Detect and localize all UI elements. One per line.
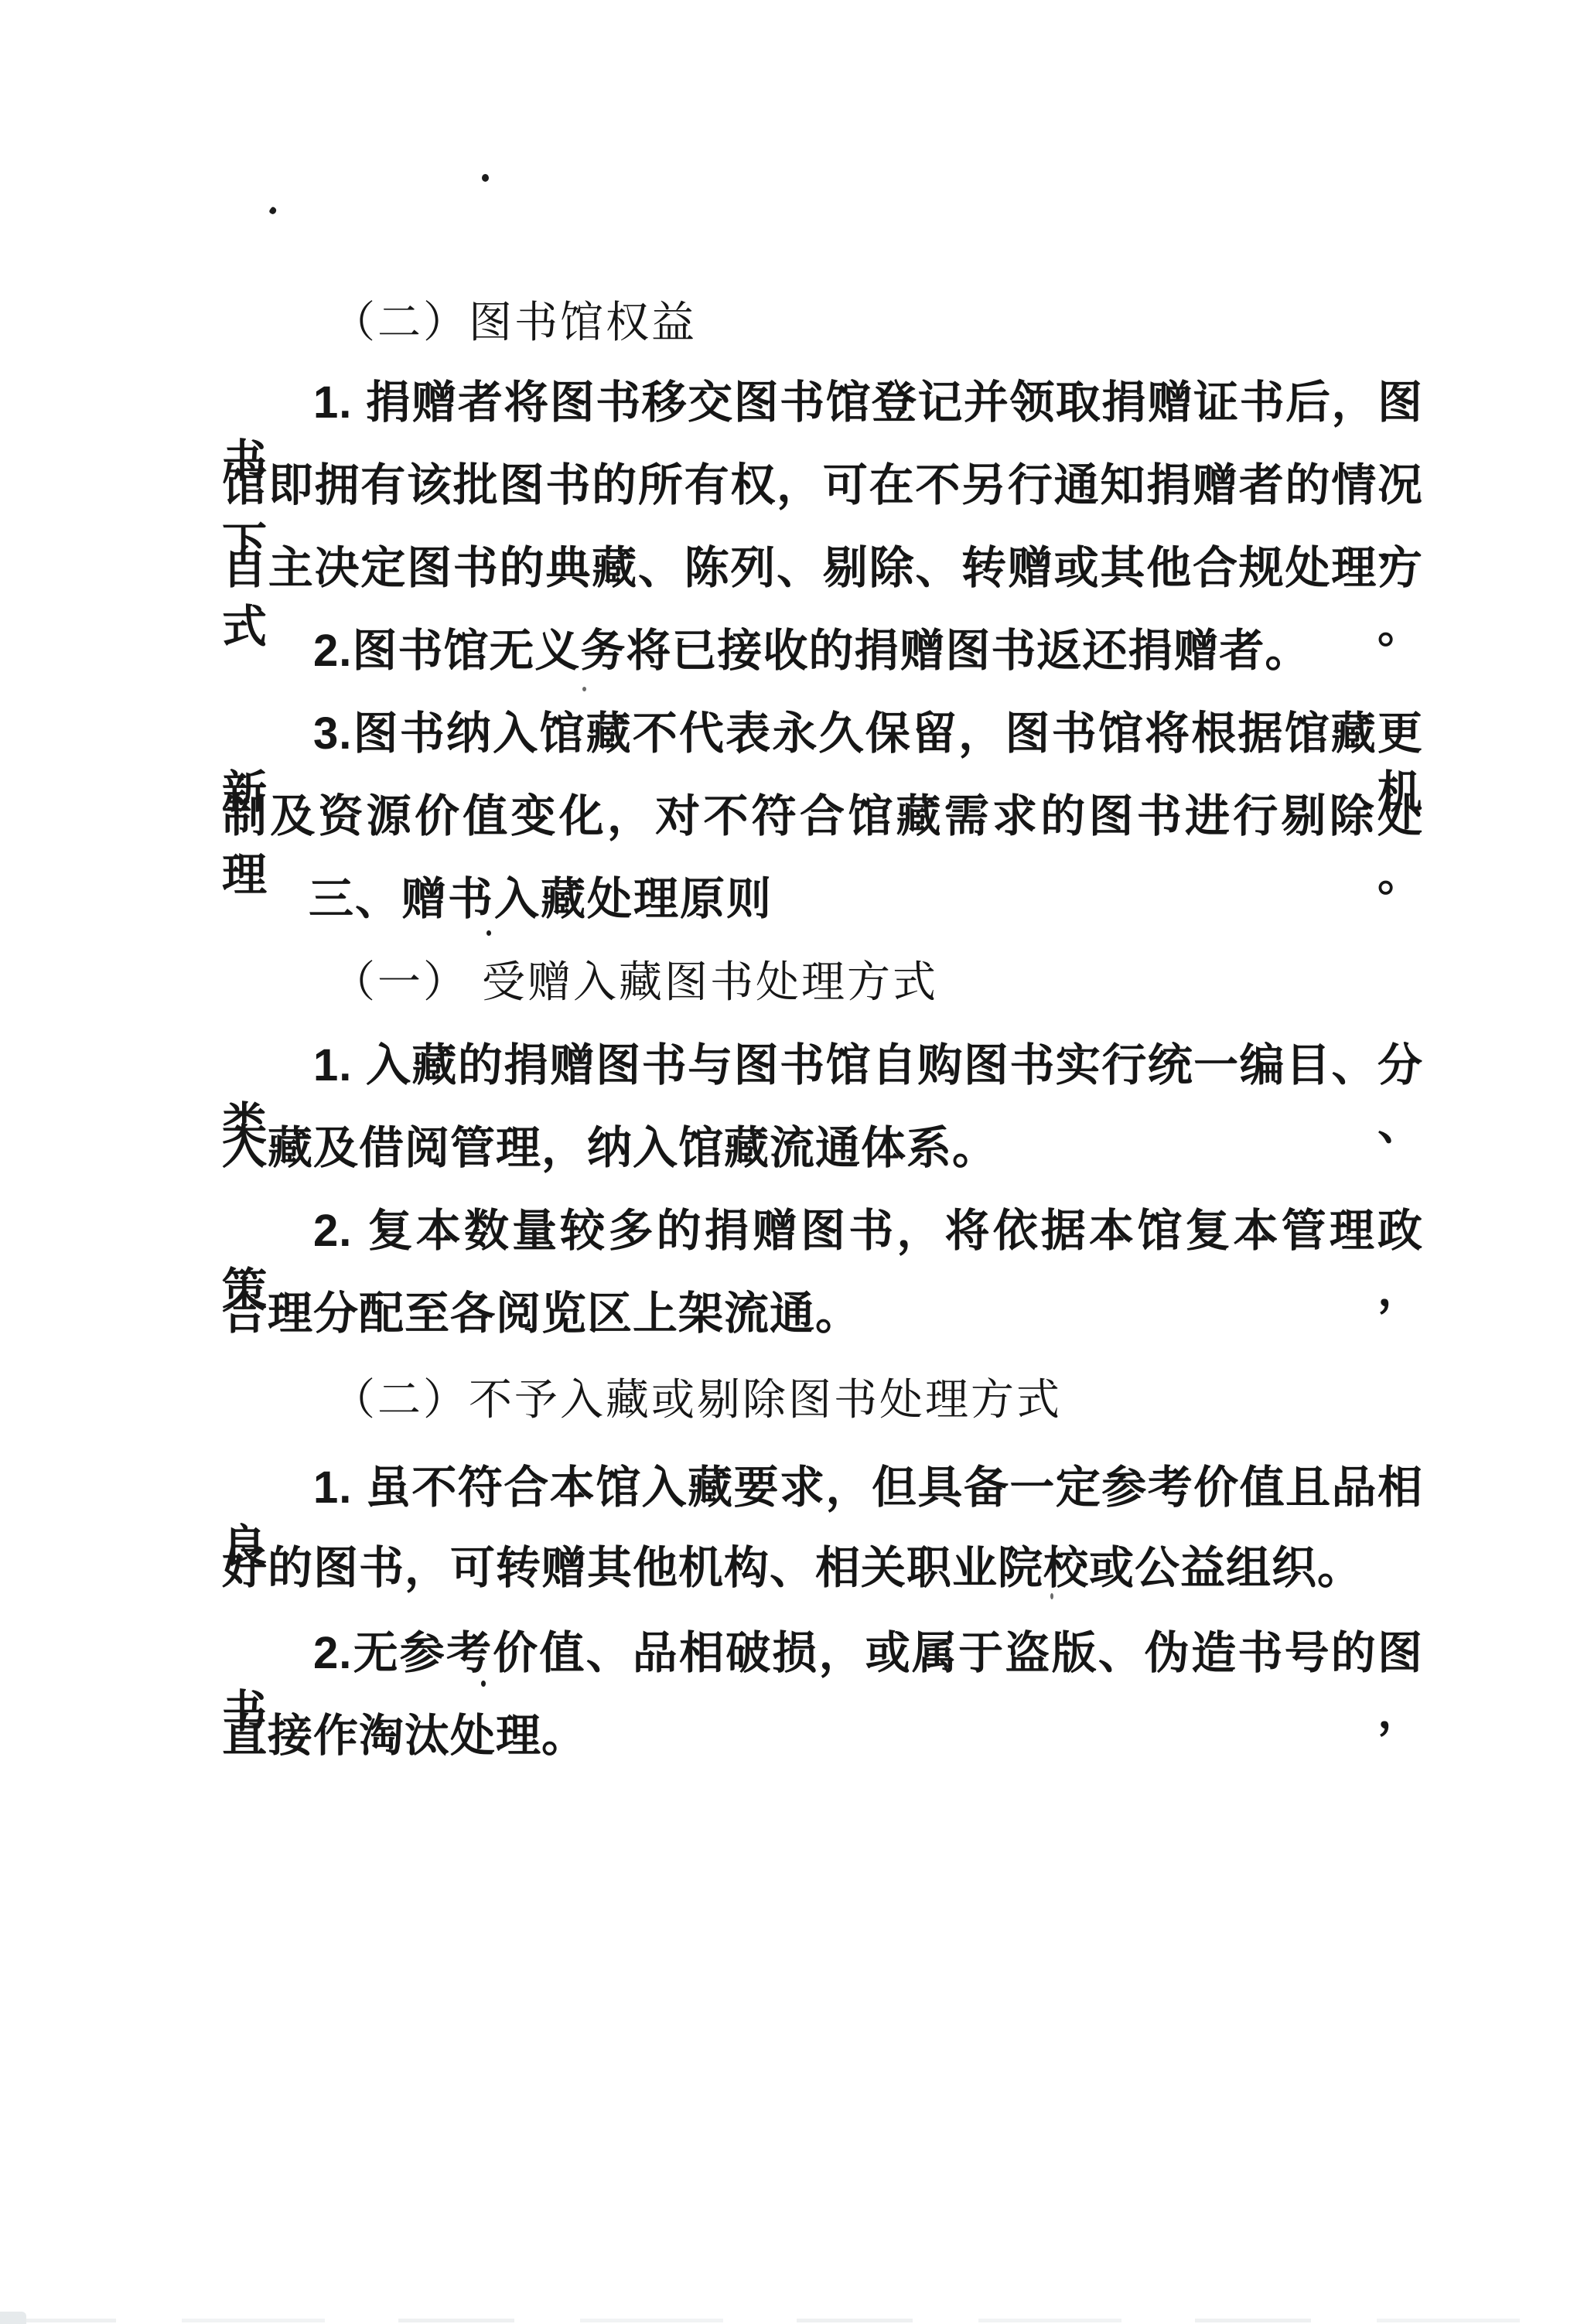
para-accepted-item2-line2: 合理分配至各阅览区上架流通。 [222,1285,1423,1343]
ink-speck [582,687,586,691]
para-rights-item2: 2.图书馆无义务将已接收的捐赠图书返还捐赠者。 [222,622,1423,681]
section-heading-donation-processing: 三、赠书入藏处理原则 [222,870,1423,929]
scanned-document-page: （二）图书馆权益 1. 捐赠者将图书移交图书馆登记并领取捐赠证书后，图书 馆即拥… [0,0,1584,2324]
subsection-heading-rejected-books: （二）不予入藏或剔除图书处理方式 [222,1371,1423,1430]
subsection-heading-library-rights: （二）图书馆权益 [222,294,1423,353]
ink-speck [482,174,489,182]
scan-edge-artifact [0,2319,1584,2322]
para-rejected-item2-line2: 直接作淘汰处理。 [222,1707,1423,1766]
scan-corner-artifact [0,2312,26,2324]
ink-speck [268,206,278,216]
subsection-heading-accepted-books: （一） 受赠入藏图书处理方式 [222,954,1423,1012]
para-accepted-item1-line2: 入藏及借阅管理，纳入馆藏流通体系。 [222,1119,1423,1178]
para-rejected-item1-line2: 好的图书，可转赠其他机构、相关职业院校或公益组织。 [222,1539,1423,1598]
ink-speck [486,930,491,936]
